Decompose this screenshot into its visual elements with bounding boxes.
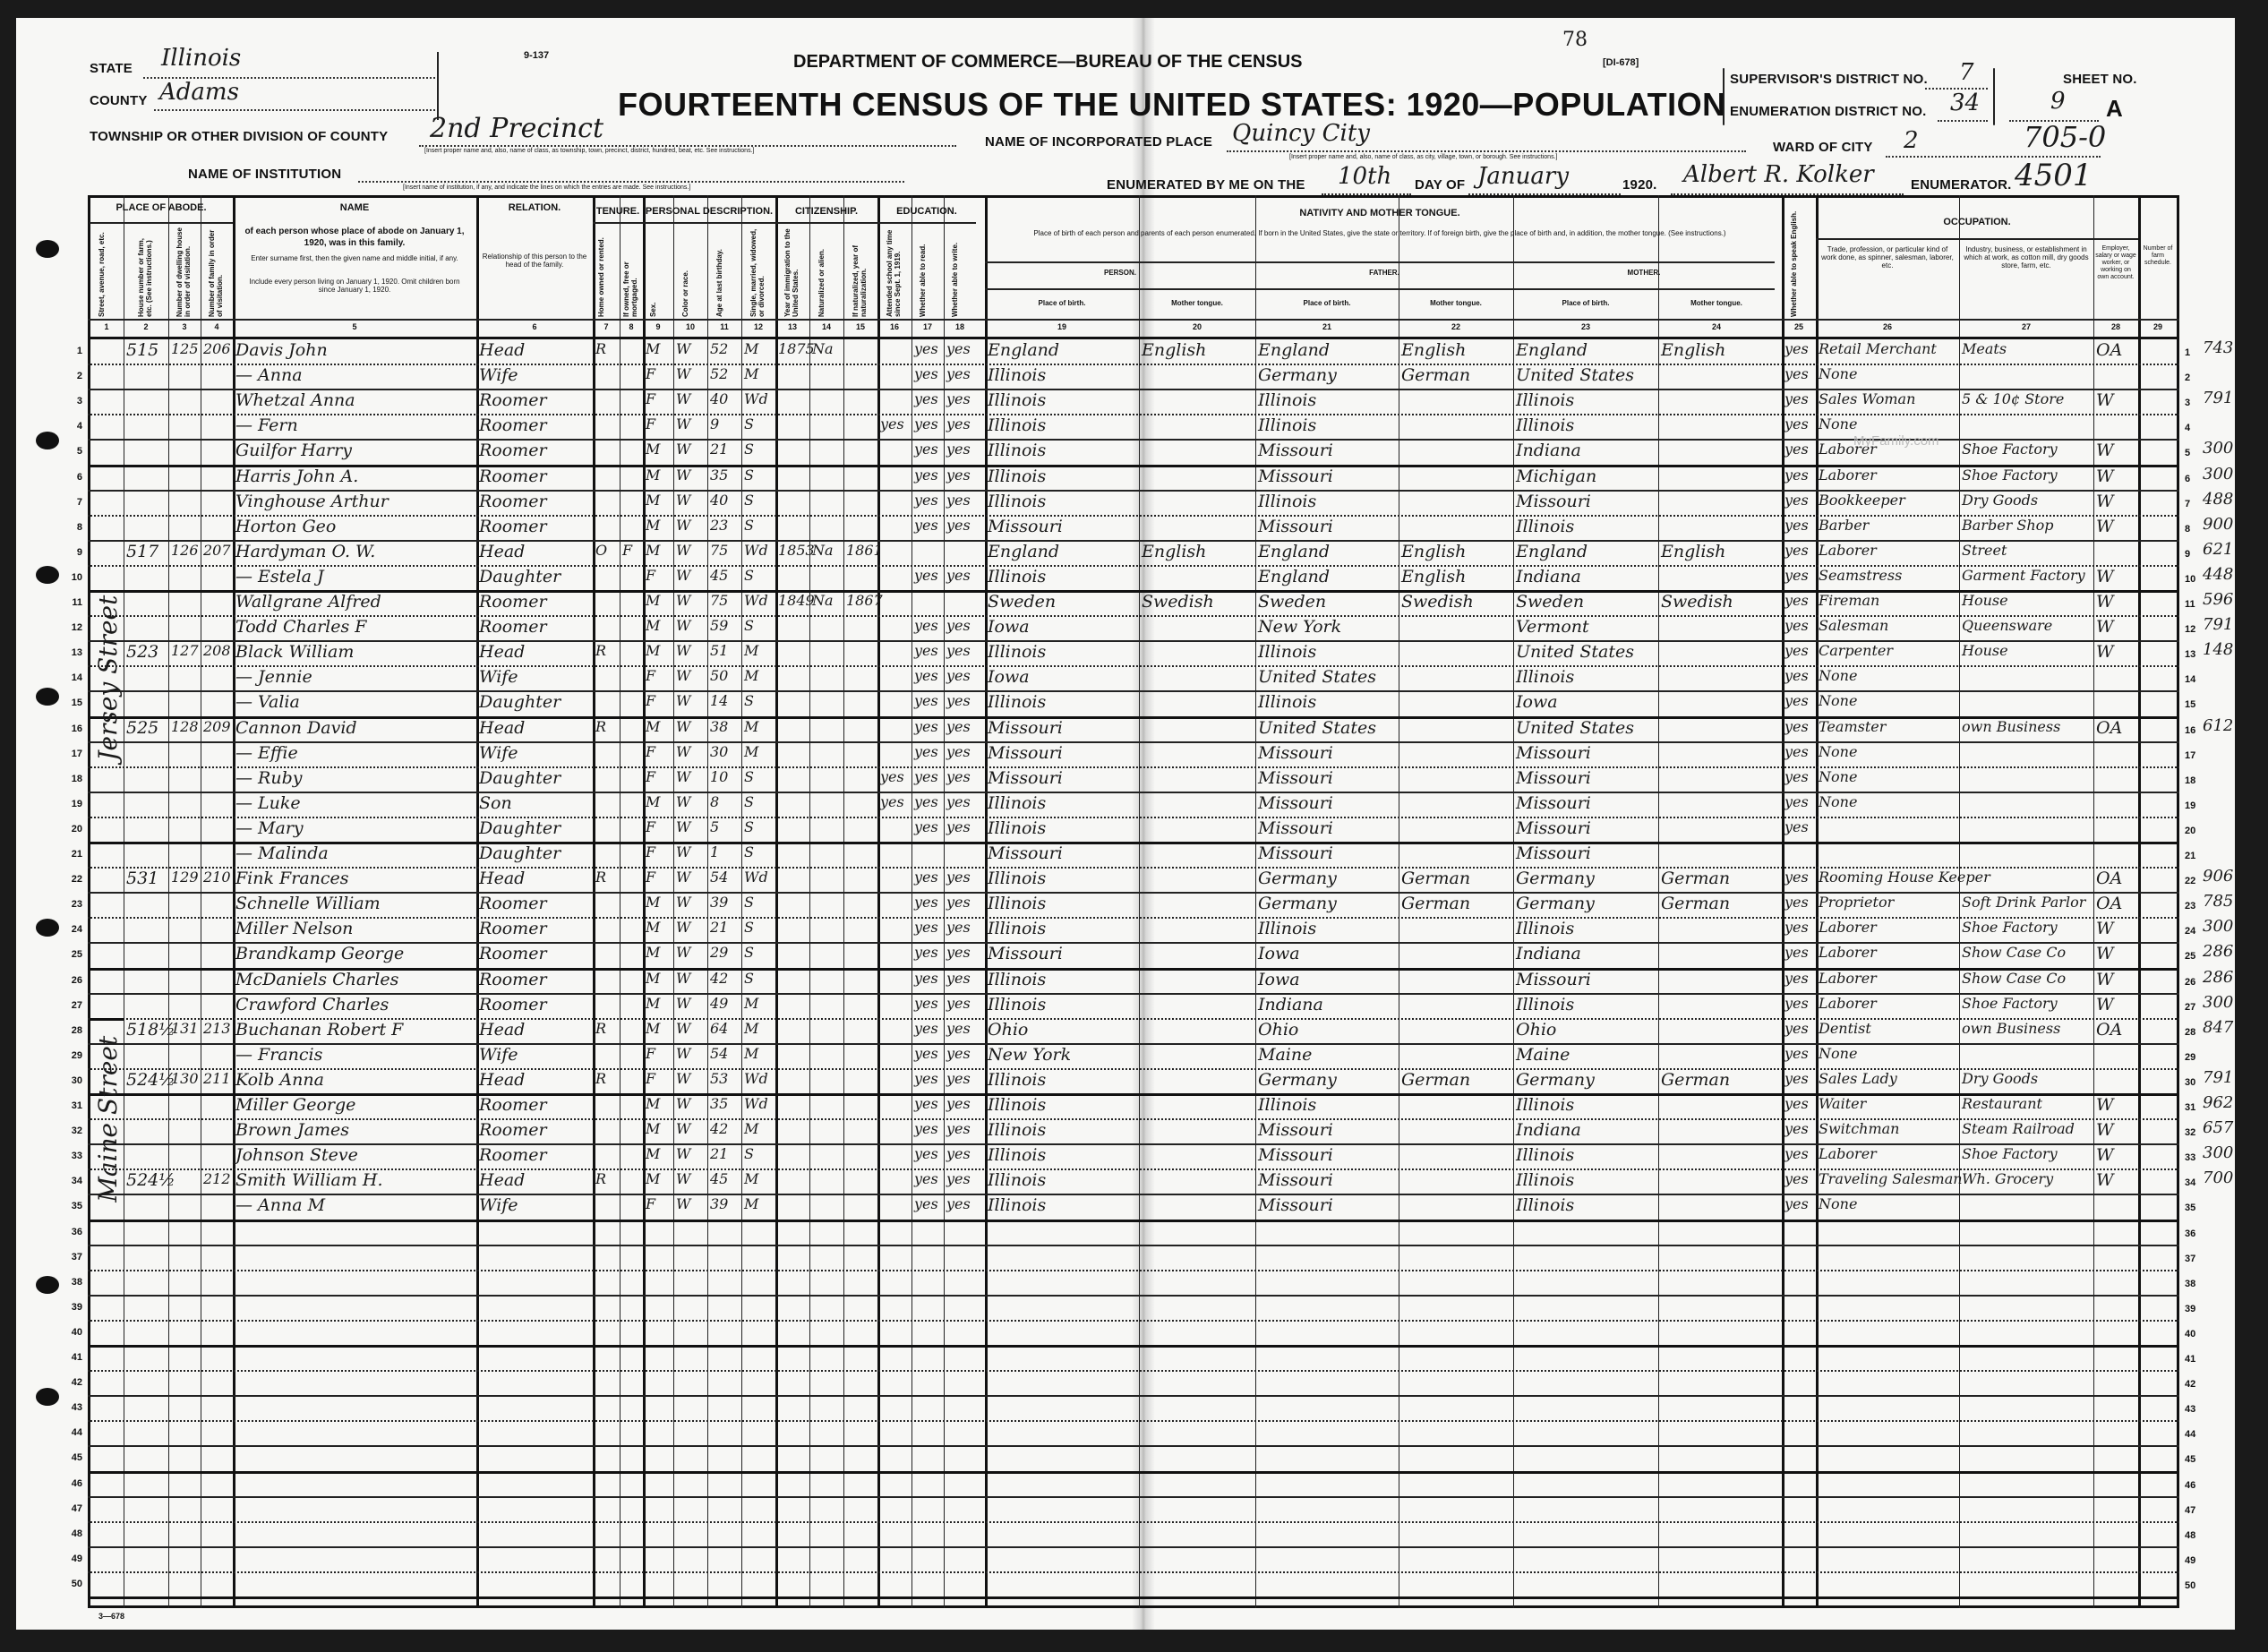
- cell-race[interactable]: W: [676, 492, 690, 509]
- cell-write[interactable]: yes: [946, 415, 971, 432]
- cell-mother-birth[interactable]: Illinois: [1516, 390, 1574, 410]
- cell-father-birth[interactable]: Illinois: [1258, 642, 1316, 662]
- table-row[interactable]: [88, 792, 2179, 817]
- cell-marital[interactable]: S: [744, 466, 754, 484]
- cell-sex[interactable]: F: [646, 390, 655, 407]
- cell-father-birth[interactable]: United States: [1258, 718, 1376, 738]
- cell-industry[interactable]: Shoe Factory: [1962, 441, 2058, 458]
- cell-dwelling[interactable]: 129: [171, 869, 199, 886]
- cell-employer[interactable]: OA: [2096, 869, 2122, 888]
- cell-trade[interactable]: Laborer: [1819, 919, 1877, 936]
- state-field[interactable]: Illinois: [161, 45, 241, 72]
- cell-age[interactable]: 45: [710, 567, 728, 584]
- cell-write[interactable]: yes: [946, 667, 971, 684]
- cell-owned[interactable]: R: [595, 340, 606, 357]
- cell-english[interactable]: yes: [1784, 567, 1809, 584]
- cell-birth[interactable]: Illinois: [988, 1095, 1046, 1115]
- cell-sex[interactable]: F: [646, 1070, 655, 1087]
- cell-father-birth[interactable]: Sweden: [1258, 592, 1326, 612]
- cell-trade[interactable]: Retail Merchant: [1819, 340, 1937, 357]
- cell-trade[interactable]: Salesman: [1819, 617, 1888, 634]
- cell-trade[interactable]: Rooming House Keeper: [1819, 869, 1962, 886]
- cell-race[interactable]: W: [676, 718, 690, 735]
- cell-father-birth[interactable]: England: [1258, 542, 1330, 561]
- cell-race[interactable]: W: [676, 1170, 690, 1187]
- cell-employer[interactable]: W: [2096, 466, 2114, 486]
- cell-relation[interactable]: Roomer: [479, 517, 547, 536]
- cell-family[interactable]: 210: [203, 869, 231, 886]
- cell-read[interactable]: yes: [914, 1170, 938, 1187]
- cell-english[interactable]: yes: [1784, 390, 1809, 407]
- cell-sex[interactable]: F: [646, 1045, 655, 1062]
- cell-sex[interactable]: M: [646, 592, 660, 609]
- cell-trade[interactable]: Laborer: [1819, 970, 1877, 987]
- cell-industry[interactable]: Barber Shop: [1962, 517, 2054, 534]
- cell-age[interactable]: 40: [710, 390, 728, 407]
- cell-name[interactable]: Buchanan Robert F: [235, 1020, 403, 1040]
- cell-naturalized[interactable]: Na: [812, 542, 834, 559]
- cell-marital[interactable]: S: [744, 919, 754, 936]
- cell-age[interactable]: 21: [710, 919, 728, 936]
- cell-write[interactable]: yes: [946, 1170, 971, 1187]
- cell-father-birth[interactable]: Missouri: [1258, 793, 1333, 813]
- cell-nat-year[interactable]: 1867: [846, 592, 880, 609]
- cell-mother-birth[interactable]: Maine: [1516, 1045, 1570, 1065]
- cell-read[interactable]: yes: [914, 365, 938, 382]
- cell-father-birth[interactable]: Missouri: [1258, 843, 1333, 863]
- cell-mother-birth[interactable]: Missouri: [1516, 492, 1591, 511]
- cell-sex[interactable]: M: [646, 642, 660, 659]
- cell-employer[interactable]: W: [2096, 517, 2114, 536]
- cell-mother-birth[interactable]: Indiana: [1516, 944, 1581, 963]
- cell-sex[interactable]: F: [646, 768, 655, 785]
- table-row[interactable]: [88, 741, 2179, 766]
- cell-age[interactable]: 29: [710, 944, 728, 961]
- cell-sex[interactable]: M: [646, 793, 660, 810]
- cell-mother-birth[interactable]: Missouri: [1516, 768, 1591, 788]
- cell-marital[interactable]: S: [744, 517, 754, 534]
- cell-birth[interactable]: Illinois: [988, 1145, 1046, 1165]
- cell-write[interactable]: yes: [946, 718, 971, 735]
- cell-marital[interactable]: Wd: [744, 592, 768, 609]
- cell-birth[interactable]: Illinois: [988, 1070, 1046, 1090]
- day-field[interactable]: 10th: [1338, 163, 1391, 190]
- cell-industry[interactable]: own Business: [1962, 718, 2060, 735]
- cell-industry[interactable]: House: [1962, 642, 2008, 659]
- cell-english[interactable]: yes: [1784, 340, 1809, 357]
- cell-write[interactable]: yes: [946, 768, 971, 785]
- cell-marital[interactable]: M: [744, 1170, 758, 1187]
- cell-birth[interactable]: Missouri: [988, 517, 1063, 536]
- table-row[interactable]: [88, 665, 2179, 690]
- cell-industry[interactable]: Meats: [1962, 340, 2007, 357]
- cell-write[interactable]: yes: [946, 1070, 971, 1087]
- cell-father-birth[interactable]: Germany: [1258, 1070, 1337, 1090]
- cell-race[interactable]: W: [676, 894, 690, 911]
- cell-name[interactable]: Horton Geo: [235, 517, 336, 536]
- cell-house[interactable]: 518½: [126, 1020, 171, 1040]
- cell-sex[interactable]: M: [646, 919, 660, 936]
- cell-read[interactable]: yes: [914, 492, 938, 509]
- cell-name[interactable]: Cannon David: [235, 718, 357, 738]
- cell-relation[interactable]: Head: [479, 642, 525, 662]
- cell-read[interactable]: yes: [914, 1095, 938, 1112]
- cell-family[interactable]: 213: [203, 1020, 231, 1037]
- cell-immigration[interactable]: 1849: [778, 592, 812, 609]
- cell-write[interactable]: yes: [946, 617, 971, 634]
- cell-english[interactable]: yes: [1784, 944, 1809, 961]
- cell-sex[interactable]: F: [646, 692, 655, 709]
- cell-race[interactable]: W: [676, 869, 690, 886]
- cell-relation[interactable]: Head: [479, 869, 525, 888]
- cell-father-birth[interactable]: England: [1258, 340, 1330, 360]
- cell-race[interactable]: W: [676, 970, 690, 987]
- cell-mother-birth[interactable]: Illinois: [1516, 1095, 1574, 1115]
- cell-relation[interactable]: Roomer: [479, 592, 547, 612]
- cell-name[interactable]: — Valia: [235, 692, 300, 712]
- cell-employer[interactable]: W: [2096, 944, 2114, 963]
- cell-age[interactable]: 42: [710, 1120, 728, 1137]
- cell-birth[interactable]: Illinois: [988, 567, 1046, 586]
- cell-relation[interactable]: Head: [479, 1070, 525, 1090]
- cell-father-birth[interactable]: Illinois: [1258, 390, 1316, 410]
- cell-age[interactable]: 53: [710, 1070, 728, 1087]
- cell-write[interactable]: yes: [946, 944, 971, 961]
- cell-sex[interactable]: M: [646, 1095, 660, 1112]
- cell-relation[interactable]: Roomer: [479, 1120, 547, 1140]
- cell-name[interactable]: — Fern: [235, 415, 298, 435]
- cell-relation[interactable]: Roomer: [479, 894, 547, 913]
- cell-employer[interactable]: W: [2096, 390, 2114, 410]
- cell-relation[interactable]: Daughter: [479, 818, 561, 838]
- cell-name[interactable]: Miller Nelson: [235, 919, 353, 938]
- cell-age[interactable]: 8: [710, 793, 719, 810]
- cell-english[interactable]: yes: [1784, 743, 1809, 760]
- cell-birth[interactable]: Illinois: [988, 466, 1046, 486]
- cell-employer[interactable]: W: [2096, 970, 2114, 989]
- cell-name[interactable]: McDaniels Charles: [235, 970, 398, 989]
- cell-write[interactable]: yes: [946, 1145, 971, 1162]
- cell-english[interactable]: yes: [1784, 818, 1809, 835]
- cell-race[interactable]: W: [676, 1095, 690, 1112]
- cell-relation[interactable]: Daughter: [479, 567, 561, 586]
- cell-read[interactable]: yes: [914, 919, 938, 936]
- cell-immigration[interactable]: 1875: [778, 340, 812, 357]
- cell-industry[interactable]: Shoe Factory: [1962, 1145, 2058, 1162]
- cell-english[interactable]: yes: [1784, 919, 1809, 936]
- cell-english[interactable]: yes: [1784, 1070, 1809, 1087]
- cell-industry[interactable]: Queensware: [1962, 617, 2052, 634]
- place-field[interactable]: Quincy City: [1232, 120, 1370, 147]
- cell-marital[interactable]: Wd: [744, 1095, 768, 1112]
- cell-english[interactable]: yes: [1784, 894, 1809, 911]
- cell-trade[interactable]: None: [1819, 768, 1857, 785]
- cell-age[interactable]: 35: [710, 466, 728, 484]
- cell-father-birth[interactable]: Missouri: [1258, 441, 1333, 460]
- cell-father-birth[interactable]: Iowa: [1258, 944, 1300, 963]
- table-row[interactable]: [88, 690, 2179, 715]
- cell-birth[interactable]: Iowa: [988, 667, 1030, 687]
- cell-english[interactable]: yes: [1784, 667, 1809, 684]
- cell-relation[interactable]: Daughter: [479, 768, 561, 788]
- cell-read[interactable]: yes: [914, 768, 938, 785]
- cell-father-birth[interactable]: Missouri: [1258, 1170, 1333, 1190]
- cell-read[interactable]: yes: [914, 415, 938, 432]
- cell-school[interactable]: yes: [880, 768, 904, 785]
- cell-race[interactable]: W: [676, 919, 690, 936]
- cell-name[interactable]: Smith William H.: [235, 1170, 383, 1190]
- cell-mortgage[interactable]: F: [622, 542, 632, 559]
- cell-age[interactable]: 39: [710, 894, 728, 911]
- cell-industry[interactable]: Steam Railroad: [1962, 1120, 2075, 1137]
- cell-trade[interactable]: Proprietor: [1819, 894, 1894, 911]
- cell-read[interactable]: yes: [914, 390, 938, 407]
- cell-marital[interactable]: S: [744, 818, 754, 835]
- cell-sex[interactable]: M: [646, 1145, 660, 1162]
- cell-race[interactable]: W: [676, 1070, 690, 1087]
- cell-father-birth[interactable]: Illinois: [1258, 919, 1316, 938]
- cell-write[interactable]: yes: [946, 390, 971, 407]
- cell-race[interactable]: W: [676, 1145, 690, 1162]
- cell-relation[interactable]: Roomer: [479, 617, 547, 637]
- cell-birth[interactable]: Missouri: [988, 843, 1063, 863]
- cell-employer[interactable]: W: [2096, 592, 2114, 612]
- cell-age[interactable]: 51: [710, 642, 728, 659]
- cell-relation[interactable]: Head: [479, 1170, 525, 1190]
- cell-write[interactable]: yes: [946, 492, 971, 509]
- cell-race[interactable]: W: [676, 1045, 690, 1062]
- cell-employer[interactable]: W: [2096, 492, 2114, 511]
- cell-trade[interactable]: Dentist: [1819, 1020, 1871, 1037]
- cell-birth[interactable]: Illinois: [988, 970, 1046, 989]
- cell-name[interactable]: — Jennie: [235, 667, 312, 687]
- cell-father-birth[interactable]: United States: [1258, 667, 1376, 687]
- cell-relation[interactable]: Head: [479, 718, 525, 738]
- cell-name[interactable]: Fink Frances: [235, 869, 349, 888]
- enumeration-district-field[interactable]: 34: [1950, 90, 1980, 116]
- cell-english[interactable]: yes: [1784, 492, 1809, 509]
- cell-birth[interactable]: Illinois: [988, 1195, 1046, 1215]
- cell-relation[interactable]: Head: [479, 542, 525, 561]
- cell-read[interactable]: yes: [914, 567, 938, 584]
- cell-sex[interactable]: F: [646, 818, 655, 835]
- cell-mother-birth[interactable]: Illinois: [1516, 995, 1574, 1014]
- cell-marital[interactable]: Wd: [744, 869, 768, 886]
- cell-trade[interactable]: None: [1819, 365, 1857, 382]
- cell-write[interactable]: yes: [946, 995, 971, 1012]
- cell-relation[interactable]: Wife: [479, 667, 518, 687]
- cell-age[interactable]: 59: [710, 617, 728, 634]
- cell-relation[interactable]: Roomer: [479, 466, 547, 486]
- cell-relation[interactable]: Roomer: [479, 415, 547, 435]
- cell-name[interactable]: Miller George: [235, 1095, 355, 1115]
- cell-mother-birth[interactable]: Illinois: [1516, 517, 1574, 536]
- cell-father-birth[interactable]: Illinois: [1258, 492, 1316, 511]
- cell-mother-birth[interactable]: United States: [1516, 365, 1634, 385]
- cell-father-birth[interactable]: England: [1258, 567, 1330, 586]
- cell-family[interactable]: 206: [203, 340, 231, 357]
- cell-name[interactable]: Todd Charles F: [235, 617, 366, 637]
- cell-sex[interactable]: F: [646, 365, 655, 382]
- cell-birth[interactable]: Missouri: [988, 768, 1063, 788]
- cell-age[interactable]: 39: [710, 1195, 728, 1212]
- cell-english[interactable]: yes: [1784, 592, 1809, 609]
- cell-father-tongue[interactable]: English: [1401, 567, 1466, 586]
- cell-name[interactable]: Brown James: [235, 1120, 349, 1140]
- cell-english[interactable]: yes: [1784, 1145, 1809, 1162]
- cell-name[interactable]: Kolb Anna: [235, 1070, 324, 1090]
- table-row[interactable]: [88, 842, 2179, 867]
- cell-marital[interactable]: M: [744, 743, 758, 760]
- cell-read[interactable]: yes: [914, 1020, 938, 1037]
- cell-write[interactable]: yes: [946, 692, 971, 709]
- cell-marital[interactable]: S: [744, 970, 754, 987]
- cell-father-tongue[interactable]: English: [1401, 340, 1466, 360]
- cell-relation[interactable]: Wife: [479, 1195, 518, 1215]
- cell-sex[interactable]: M: [646, 894, 660, 911]
- cell-mother-birth[interactable]: United States: [1516, 642, 1634, 662]
- cell-employer[interactable]: W: [2096, 617, 2114, 637]
- cell-race[interactable]: W: [676, 441, 690, 458]
- cell-marital[interactable]: Wd: [744, 1070, 768, 1087]
- cell-employer[interactable]: W: [2096, 1120, 2114, 1140]
- cell-birth[interactable]: Ohio: [988, 1020, 1028, 1040]
- cell-mother-birth[interactable]: Germany: [1516, 1070, 1595, 1090]
- cell-english[interactable]: yes: [1784, 1045, 1809, 1062]
- cell-race[interactable]: W: [676, 340, 690, 357]
- cell-house[interactable]: 524½: [126, 1070, 171, 1090]
- cell-english[interactable]: yes: [1784, 1120, 1809, 1137]
- cell-age[interactable]: 75: [710, 592, 728, 609]
- cell-industry[interactable]: Dry Goods: [1962, 1070, 2038, 1087]
- cell-mother-birth[interactable]: Vermont: [1516, 617, 1589, 637]
- cell-marital[interactable]: S: [744, 441, 754, 458]
- cell-age[interactable]: 23: [710, 517, 728, 534]
- cell-relation[interactable]: Wife: [479, 1045, 518, 1065]
- cell-name[interactable]: — Anna: [235, 365, 303, 385]
- cell-birth[interactable]: Illinois: [988, 1170, 1046, 1190]
- cell-read[interactable]: yes: [914, 642, 938, 659]
- cell-industry[interactable]: Shoe Factory: [1962, 995, 2058, 1012]
- cell-read[interactable]: yes: [914, 1070, 938, 1087]
- cell-trade[interactable]: None: [1819, 692, 1857, 709]
- cell-english[interactable]: yes: [1784, 1195, 1809, 1212]
- cell-english[interactable]: yes: [1784, 517, 1809, 534]
- cell-marital[interactable]: Wd: [744, 542, 768, 559]
- cell-race[interactable]: W: [676, 567, 690, 584]
- county-field[interactable]: Adams: [159, 79, 239, 106]
- cell-father-birth[interactable]: Indiana: [1258, 995, 1323, 1014]
- cell-write[interactable]: yes: [946, 567, 971, 584]
- cell-owned[interactable]: R: [595, 1170, 606, 1187]
- cell-owned[interactable]: R: [595, 642, 606, 659]
- cell-write[interactable]: yes: [946, 365, 971, 382]
- cell-marital[interactable]: S: [744, 415, 754, 432]
- cell-employer[interactable]: OA: [2096, 894, 2122, 913]
- cell-marital[interactable]: S: [744, 1145, 754, 1162]
- cell-marital[interactable]: S: [744, 843, 754, 860]
- cell-mother-birth[interactable]: Illinois: [1516, 667, 1574, 687]
- cell-mother-tongue[interactable]: German: [1661, 869, 1730, 888]
- cell-age[interactable]: 54: [710, 1045, 728, 1062]
- cell-father-tongue[interactable]: German: [1401, 894, 1470, 913]
- cell-english[interactable]: yes: [1784, 793, 1809, 810]
- cell-relation[interactable]: Roomer: [479, 944, 547, 963]
- cell-sex[interactable]: F: [646, 743, 655, 760]
- cell-english[interactable]: yes: [1784, 1020, 1809, 1037]
- cell-name[interactable]: — Luke: [235, 793, 301, 813]
- cell-father-tongue[interactable]: Swedish: [1401, 592, 1474, 612]
- cell-employer[interactable]: W: [2096, 1170, 2114, 1190]
- cell-english[interactable]: yes: [1784, 1095, 1809, 1112]
- cell-mother-birth[interactable]: Michigan: [1516, 466, 1596, 486]
- cell-birth[interactable]: Missouri: [988, 944, 1063, 963]
- cell-mother-birth[interactable]: Indiana: [1516, 441, 1581, 460]
- cell-relation[interactable]: Roomer: [479, 441, 547, 460]
- cell-marital[interactable]: Wd: [744, 390, 768, 407]
- cell-race[interactable]: W: [676, 843, 690, 860]
- cell-english[interactable]: yes: [1784, 995, 1809, 1012]
- ward-field[interactable]: 2: [1904, 127, 1919, 154]
- cell-mother-birth[interactable]: Missouri: [1516, 743, 1591, 763]
- cell-owned[interactable]: R: [595, 869, 606, 886]
- cell-read[interactable]: yes: [914, 517, 938, 534]
- cell-read[interactable]: yes: [914, 692, 938, 709]
- cell-race[interactable]: W: [676, 642, 690, 659]
- cell-father-birth[interactable]: Illinois: [1258, 415, 1316, 435]
- cell-read[interactable]: yes: [914, 617, 938, 634]
- cell-father-birth[interactable]: Missouri: [1258, 1195, 1333, 1215]
- cell-race[interactable]: W: [676, 466, 690, 484]
- cell-read[interactable]: yes: [914, 1045, 938, 1062]
- cell-read[interactable]: yes: [914, 667, 938, 684]
- cell-sex[interactable]: M: [646, 1170, 660, 1187]
- cell-father-birth[interactable]: Germany: [1258, 869, 1337, 888]
- cell-industry[interactable]: House: [1962, 592, 2008, 609]
- cell-relation[interactable]: Roomer: [479, 970, 547, 989]
- cell-house[interactable]: 524½: [126, 1170, 171, 1190]
- cell-tongue[interactable]: English: [1142, 542, 1206, 561]
- table-row[interactable]: [88, 817, 2179, 842]
- cell-race[interactable]: W: [676, 390, 690, 407]
- cell-age[interactable]: 52: [710, 340, 728, 357]
- cell-father-birth[interactable]: Maine: [1258, 1045, 1312, 1065]
- cell-name[interactable]: — Effie: [235, 743, 298, 763]
- cell-mother-birth[interactable]: Indiana: [1516, 567, 1581, 586]
- cell-family[interactable]: 209: [203, 718, 231, 735]
- cell-write[interactable]: yes: [946, 340, 971, 357]
- cell-marital[interactable]: M: [744, 995, 758, 1012]
- cell-mother-birth[interactable]: United States: [1516, 718, 1634, 738]
- cell-marital[interactable]: M: [744, 1020, 758, 1037]
- cell-marital[interactable]: S: [744, 894, 754, 911]
- cell-relation[interactable]: Daughter: [479, 843, 561, 863]
- cell-family[interactable]: 211: [203, 1070, 231, 1087]
- cell-race[interactable]: W: [676, 1020, 690, 1037]
- cell-sex[interactable]: M: [646, 718, 660, 735]
- cell-trade[interactable]: Seamstress: [1819, 567, 1902, 584]
- cell-birth[interactable]: Illinois: [988, 415, 1046, 435]
- cell-relation[interactable]: Roomer: [479, 492, 547, 511]
- cell-birth[interactable]: Sweden: [988, 592, 1056, 612]
- cell-mother-birth[interactable]: Missouri: [1516, 843, 1591, 863]
- cell-father-birth[interactable]: New York: [1258, 617, 1341, 637]
- cell-school[interactable]: yes: [880, 415, 904, 432]
- cell-sex[interactable]: M: [646, 517, 660, 534]
- cell-trade[interactable]: Laborer: [1819, 944, 1877, 961]
- cell-read[interactable]: yes: [914, 1145, 938, 1162]
- cell-birth[interactable]: Illinois: [988, 492, 1046, 511]
